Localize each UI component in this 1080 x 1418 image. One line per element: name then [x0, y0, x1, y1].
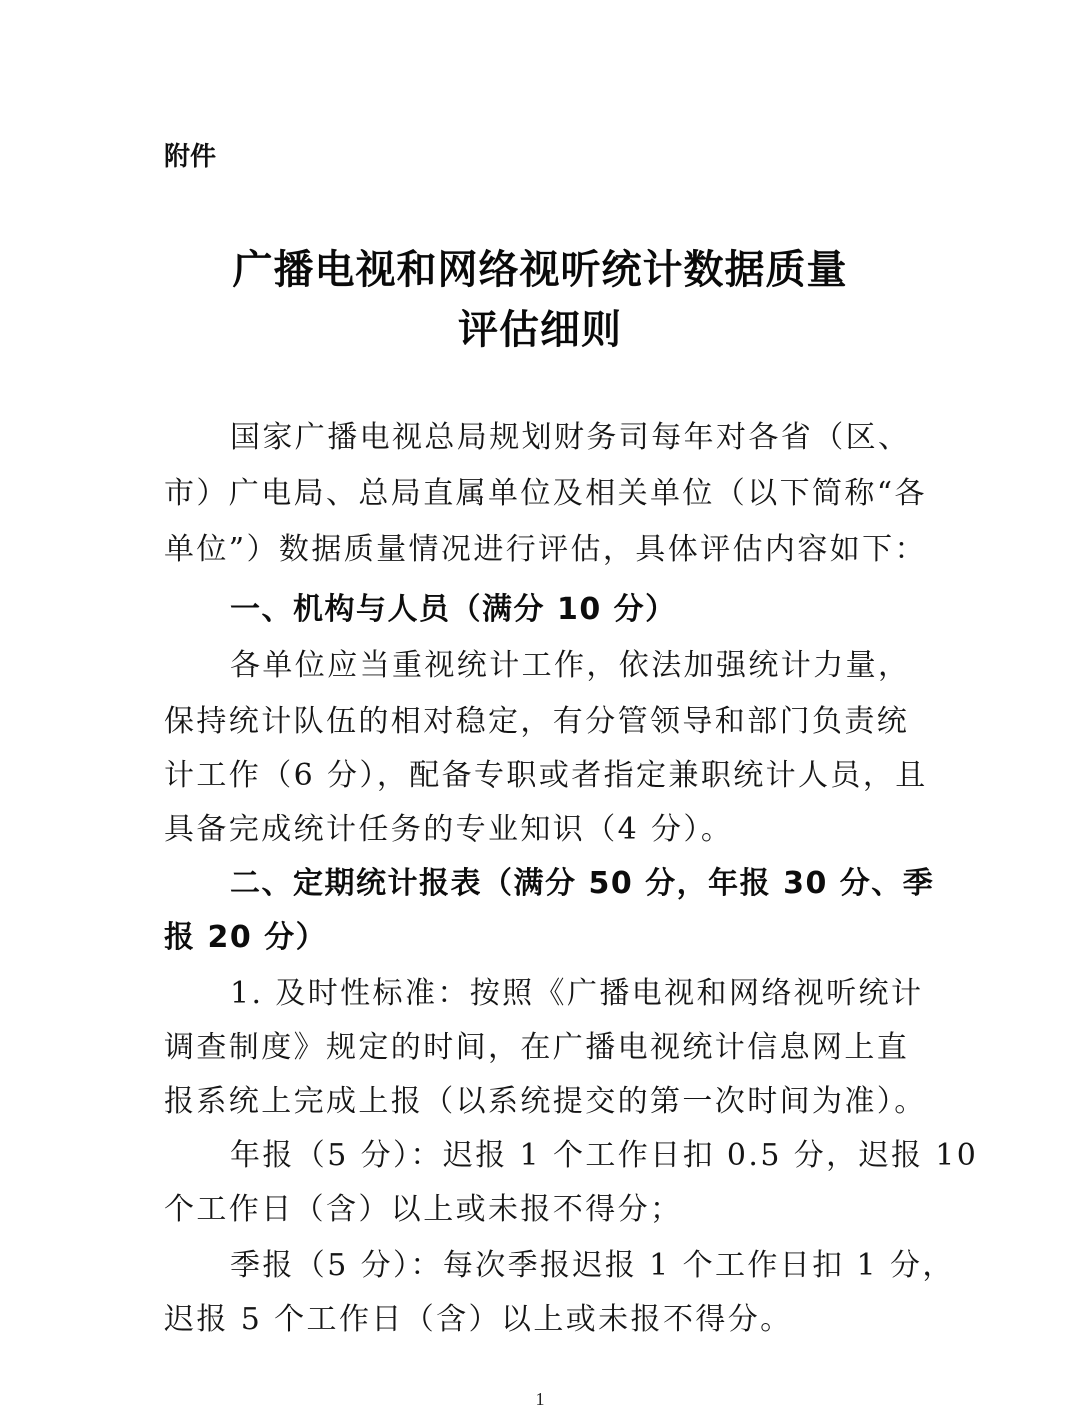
item1-line-3: 报系统上完成上报（以系统提交的第一次时间为准）。: [164, 1082, 927, 1122]
section2-heading-line-1: 二、定期统计报表（满分 50 分，年报 30 分、季: [230, 864, 934, 904]
section1-line-4: 具备完成统计任务的专业知识（4 分）。: [164, 810, 733, 850]
section1-heading: 一、机构与人员（满分 10 分）: [230, 590, 677, 630]
annual-report-line-2: 个工作日（含）以上或未报不得分；: [164, 1190, 682, 1230]
intro-line-2: 市）广电局、总局直属单位及相关单位（以下简称“各: [164, 474, 927, 514]
page-number: 1: [0, 1388, 1080, 1410]
section1-line-1: 各单位应当重视统计工作，依法加强统计力量，: [230, 646, 910, 686]
intro-line-1: 国家广播电视总局规划财务司每年对各省（区、: [230, 418, 910, 458]
section2-heading-line-2: 报 20 分）: [164, 918, 327, 958]
intro-line-3: 单位”）数据质量情况进行评估，具体评估内容如下：: [164, 530, 927, 570]
document-title-line-1: 广播电视和网络视听统计数据质量: [0, 244, 1080, 296]
attachment-label: 附件: [164, 140, 216, 174]
section1-line-3: 计工作（6 分），配备专职或者指定兼职统计人员，且: [164, 756, 928, 796]
quarterly-report-line-1: 季报（5 分）：每次季报迟报 1 个工作日扣 1 分，: [230, 1246, 955, 1286]
item1-line-1: 1. 及时性标准：按照《广播电视和网络视听统计: [230, 974, 923, 1014]
section1-line-2: 保持统计队伍的相对稳定，有分管领导和部门负责统: [164, 702, 909, 742]
quarterly-report-line-2: 迟报 5 个工作日（含）以上或未报不得分。: [164, 1300, 793, 1340]
annual-report-line-1: 年报（5 分）：迟报 1 个工作日扣 0.5 分，迟报 10: [230, 1136, 978, 1176]
document-title-line-2: 评估细则: [0, 304, 1080, 356]
document-page: 附件 广播电视和网络视听统计数据质量 评估细则 国家广播电视总局规划财务司每年对…: [0, 0, 1080, 1418]
item1-line-2: 调查制度》规定的时间，在广播电视统计信息网上直: [164, 1028, 909, 1068]
